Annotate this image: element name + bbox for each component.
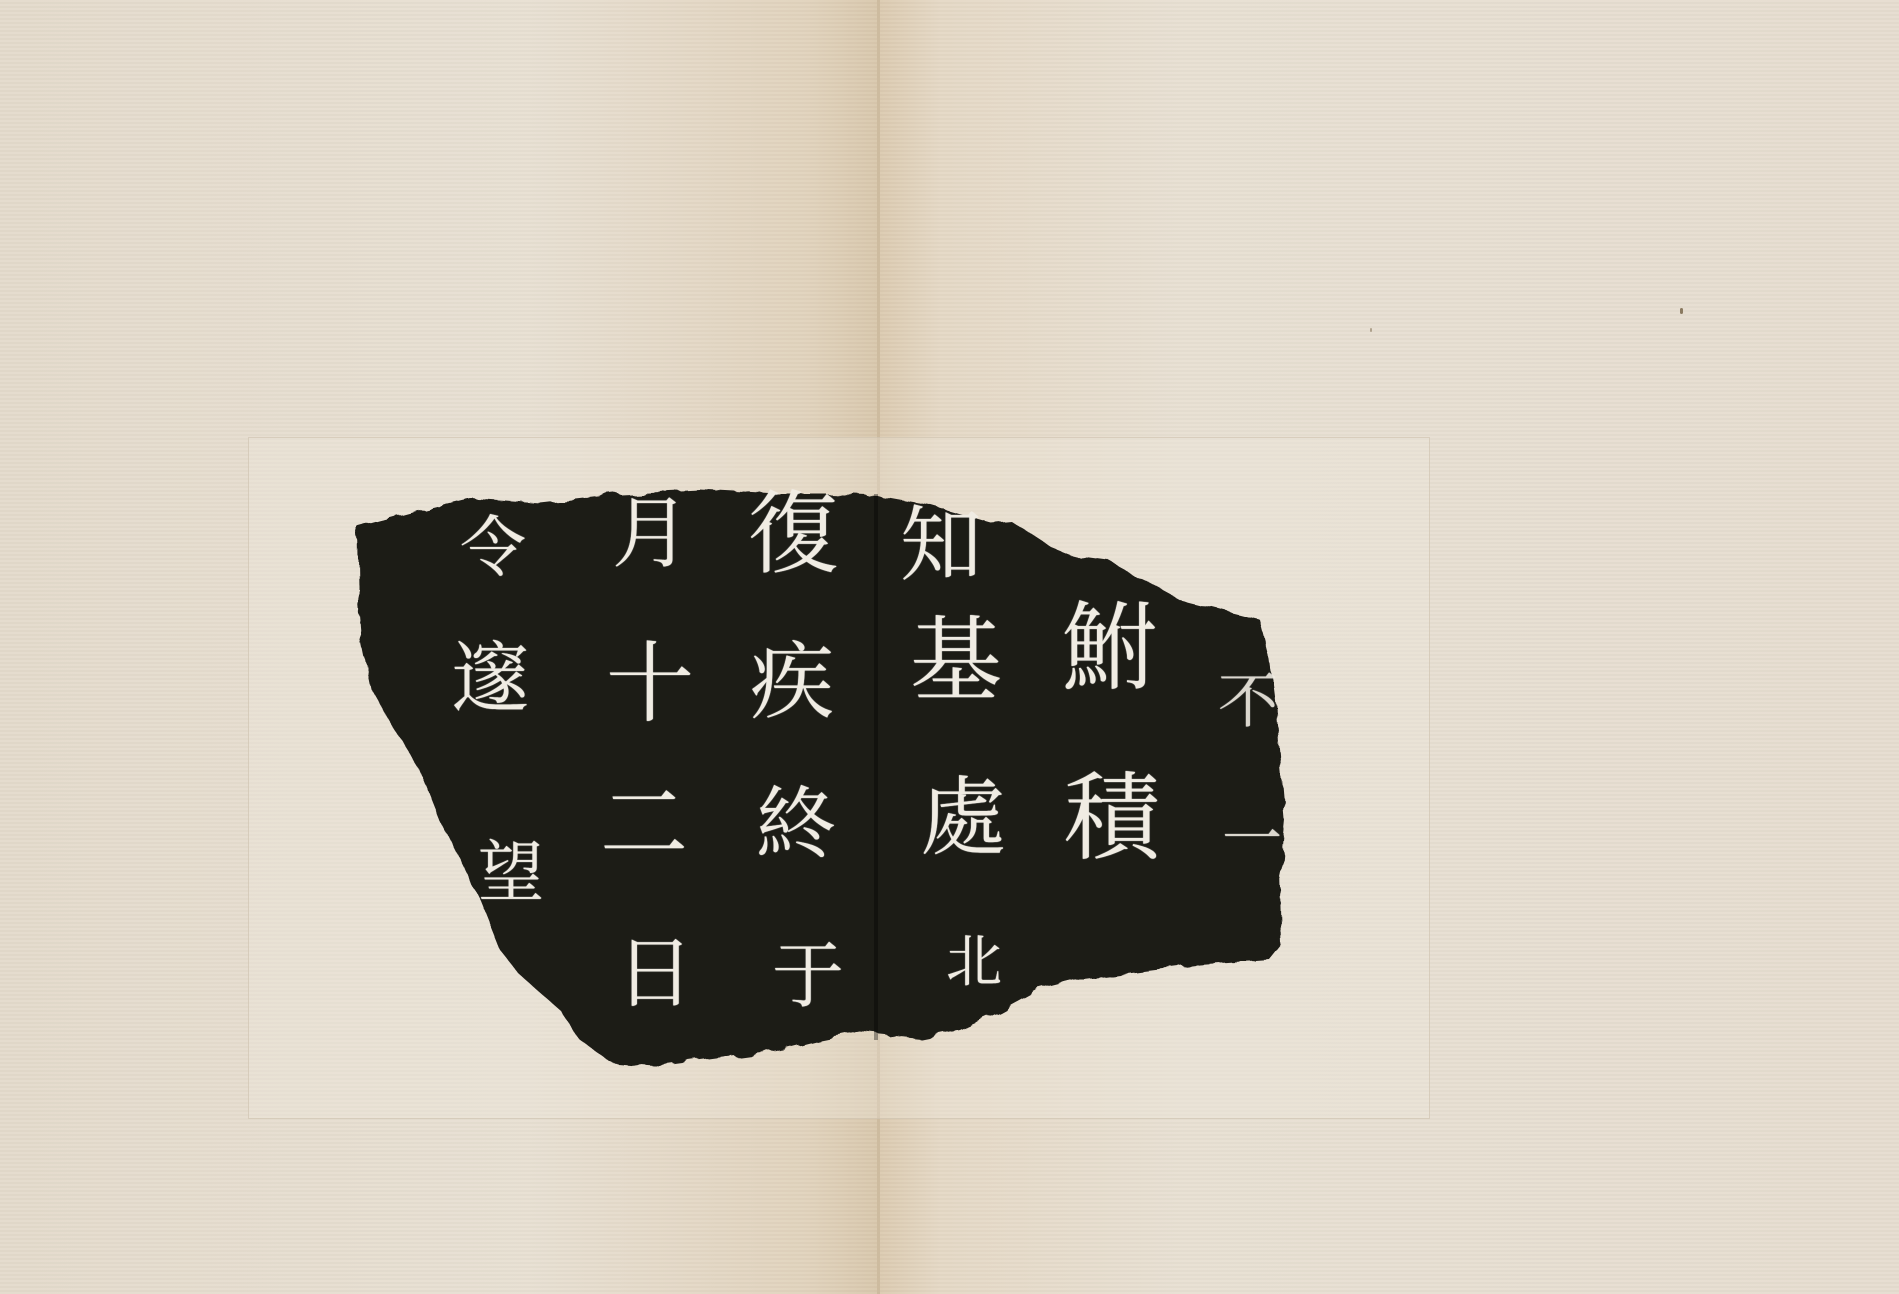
inscription-char: 積	[1064, 770, 1160, 866]
inscription-char: 處	[920, 775, 1006, 861]
paper-speck	[1680, 308, 1683, 314]
inscription-char: 月	[612, 495, 690, 573]
inscription-char: 終	[756, 785, 836, 865]
inscription-char: 基	[910, 615, 1002, 707]
inscription-char: 一	[1222, 810, 1282, 870]
inscription-char: 邃	[452, 640, 530, 718]
inscription-char: 二	[600, 780, 688, 868]
inscription-char: 于	[772, 940, 844, 1012]
paper-speck	[1370, 328, 1372, 332]
inscription-char: 令	[460, 515, 526, 581]
inscription-char: 日	[616, 935, 694, 1013]
inscription-char: 十	[606, 640, 694, 728]
inscription-char: 知	[900, 505, 982, 587]
inscription-char: 鮒	[1062, 600, 1158, 696]
inscription-char: 望	[478, 840, 544, 906]
inscription-char: 疾	[750, 640, 834, 724]
inscription-char: 北	[946, 935, 1002, 991]
inscription-char: 不	[1218, 672, 1278, 732]
inscription-char: 復	[748, 490, 838, 580]
